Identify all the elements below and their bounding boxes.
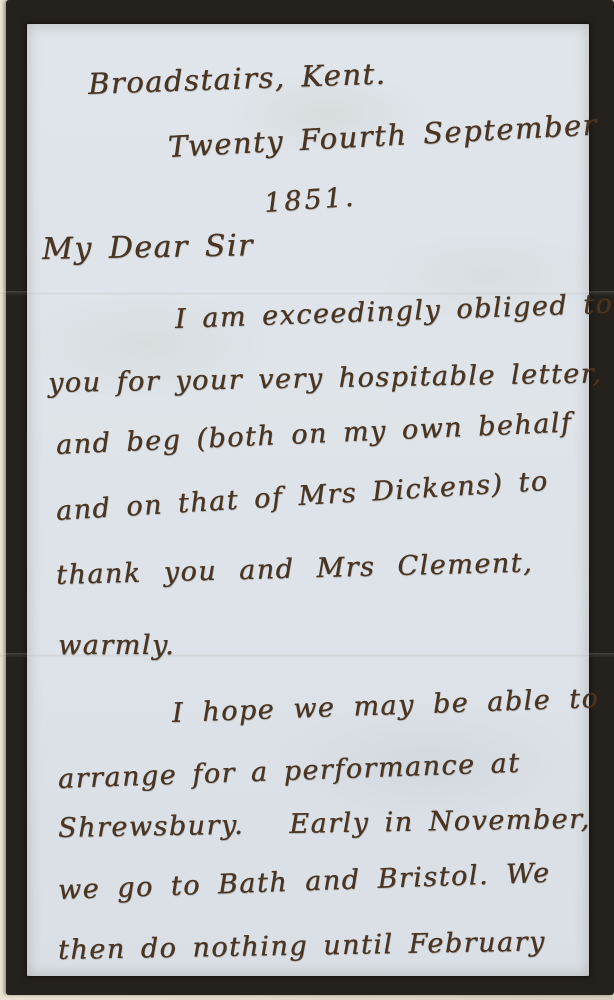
letter-year-line: 1851. (263, 184, 357, 217)
letter-line: and on that of Mrs Dickens) to (55, 468, 549, 525)
letter-line: then do nothing until February (58, 928, 546, 964)
letter-line: warmly. (58, 632, 175, 659)
photograph-backdrop: Broadstairs, Kent. Twenty Fourth Septemb… (0, 0, 614, 1000)
letter-line: and beg (both on my own behalf (55, 409, 572, 459)
handwriting-layer: Broadstairs, Kent. Twenty Fourth Septemb… (0, 0, 614, 1000)
letter-line: I hope we may be able to (172, 685, 600, 727)
letter-line: I am exceedingly obliged to (175, 291, 614, 333)
letter-line: we go to Bath and Bristol. We (58, 860, 551, 904)
letter-line: Shrewsbury. Early in November, (58, 806, 591, 842)
letter-line: you for your very hospitable letter, (48, 360, 603, 397)
letter-line: arrange for a performance at (58, 750, 521, 793)
letter-salutation: My Dear Sir (42, 231, 254, 265)
letter-place-line: Broadstairs, Kent. (87, 60, 386, 99)
letter-date-line: Twenty Fourth September (167, 110, 598, 161)
letter-line: thank you and Mrs Clement, (56, 550, 534, 589)
